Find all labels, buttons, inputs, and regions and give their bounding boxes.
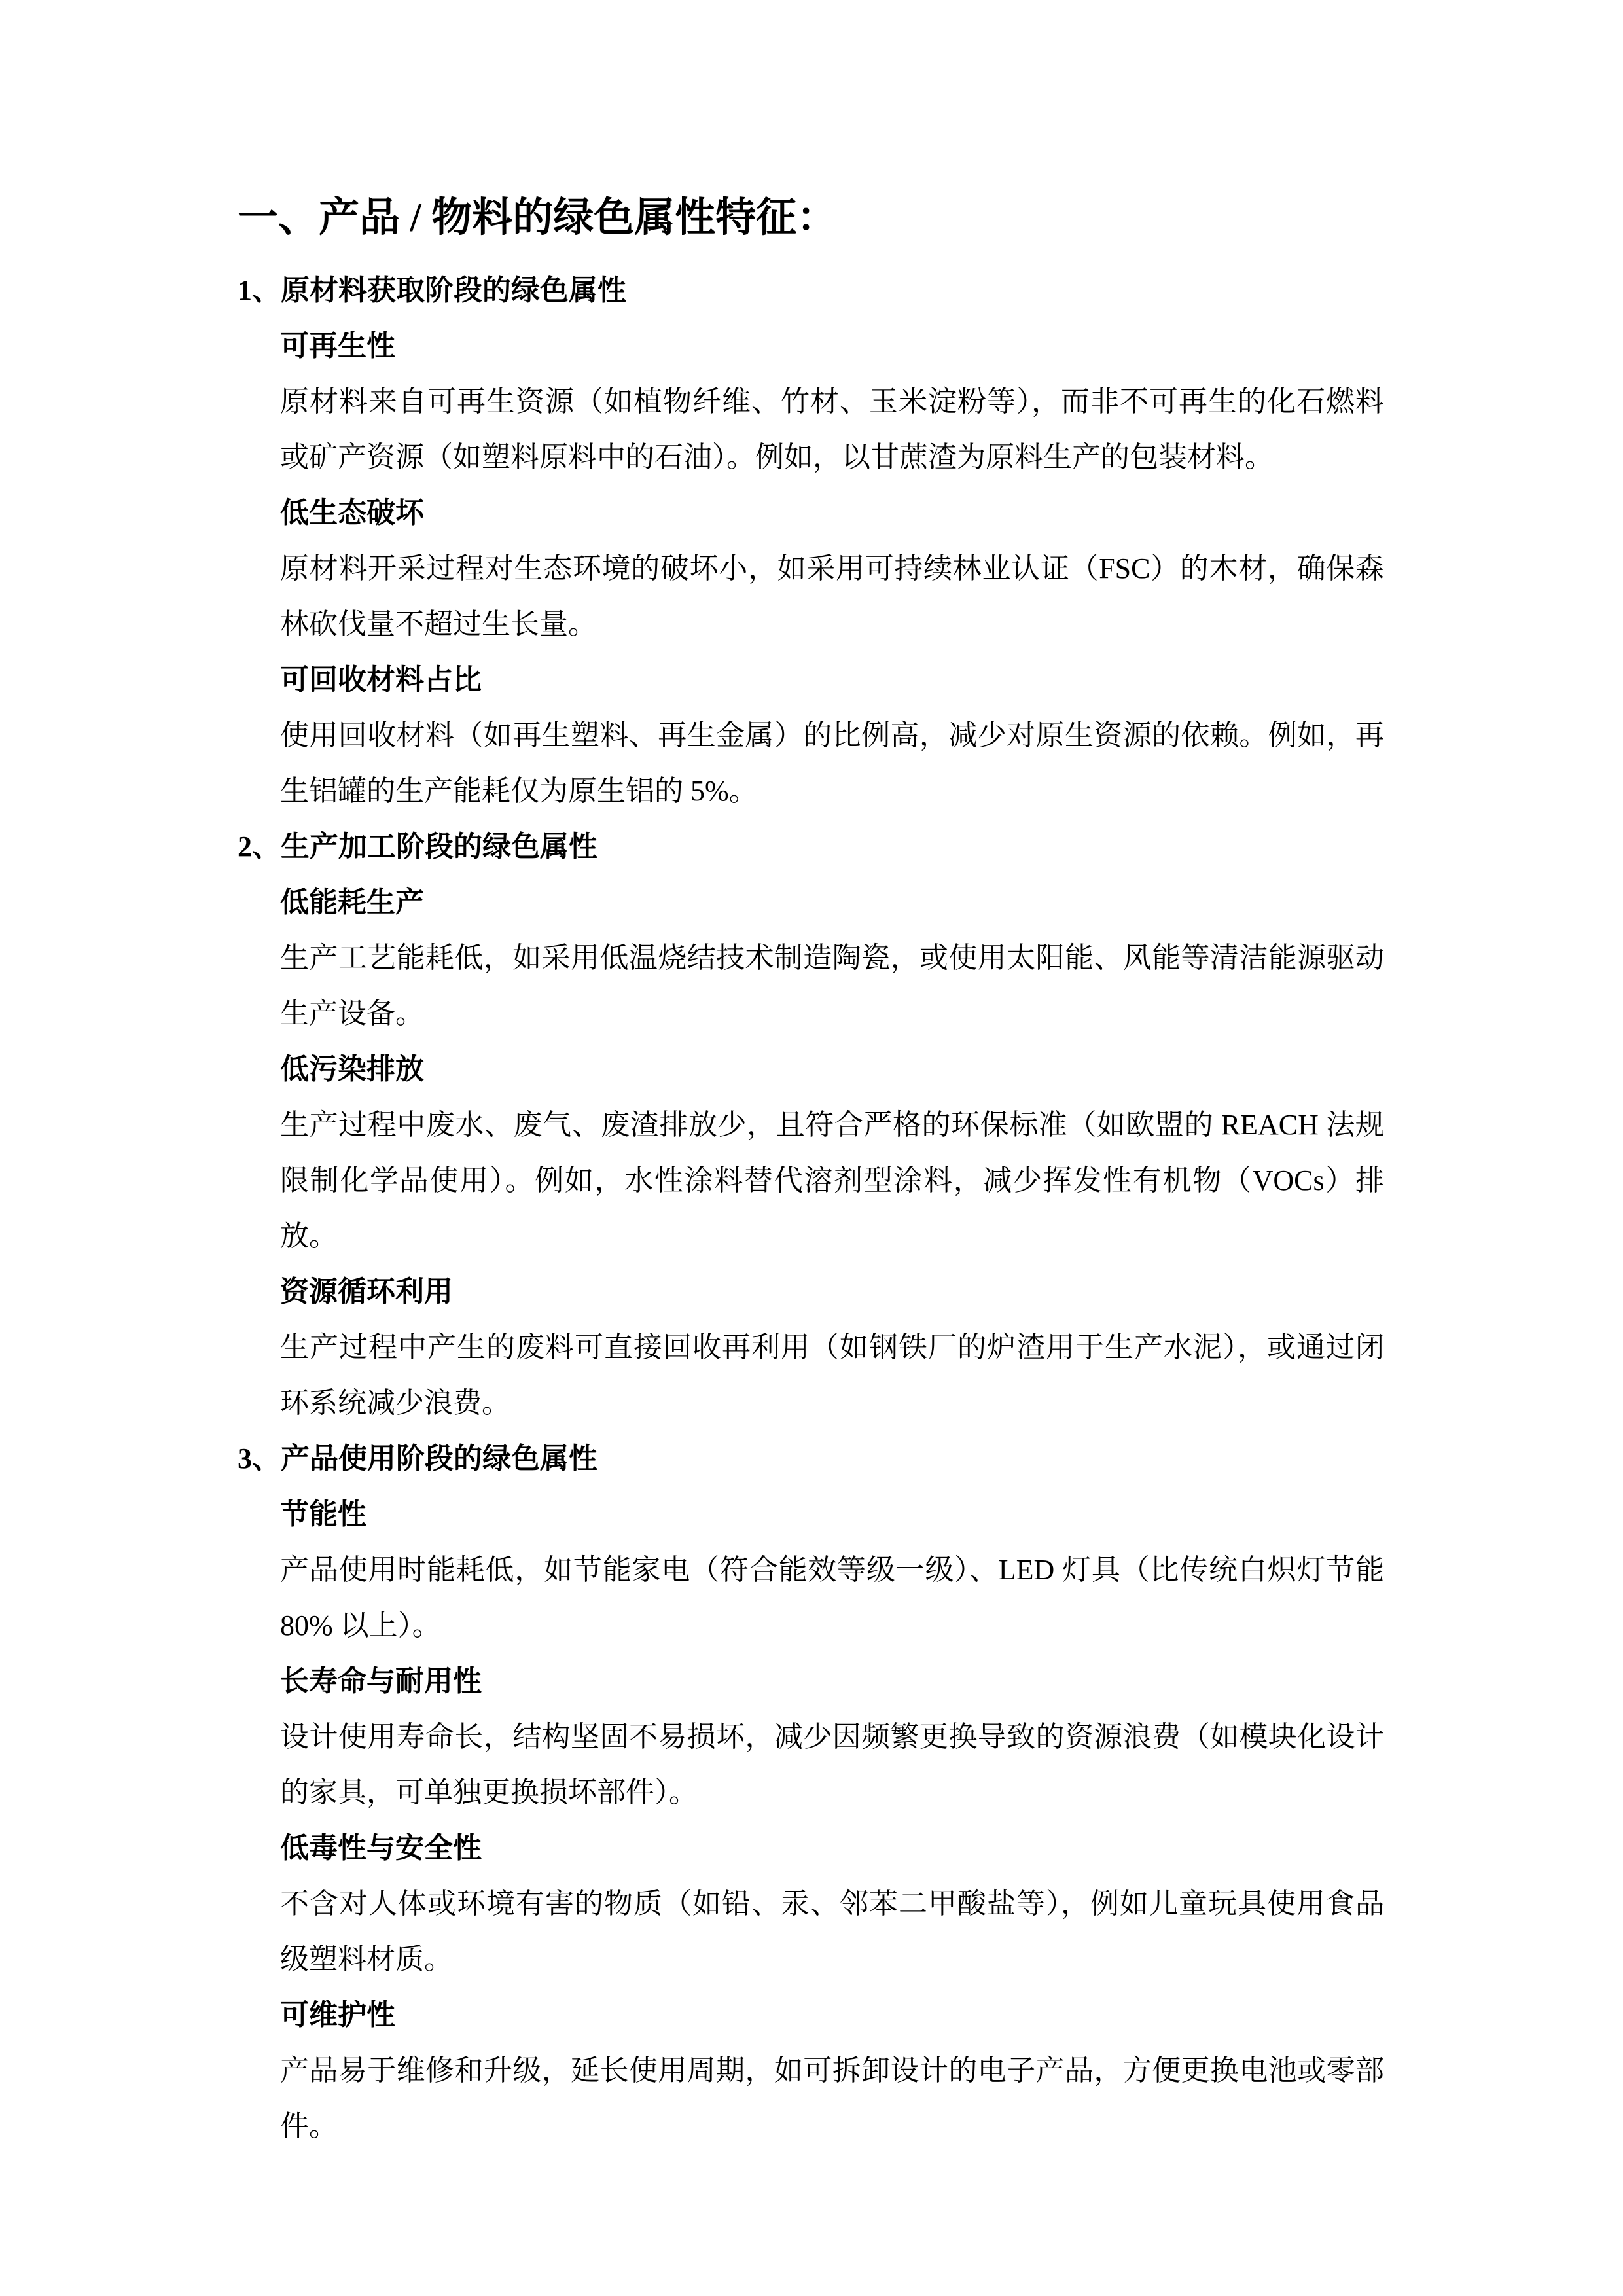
- document-content: 一、产品 / 物料的绿色属性特征： 1、原材料获取阶段的绿色属性 可再生性 原材…: [0, 0, 1384, 2154]
- attribute-block: 可再生性 原材料来自可再生资源（如植物纤维、竹材、玉米淀粉等），而非不可再生的化…: [280, 318, 1384, 819]
- attribute-paragraph: 使用回收材料（如再生塑料、再生金属）的比例高，减少对原生资源的依赖。例如，再生铝…: [280, 708, 1384, 819]
- attribute-paragraph: 设计使用寿命长，结构坚固不易损坏，减少因频繁更换导致的资源浪费（如模块化设计的家…: [280, 1709, 1384, 1820]
- attribute-block: 低能耗生产 生产工艺能耗低，如采用低温烧结技术制造陶瓷，或使用太阳能、风能等清洁…: [280, 874, 1384, 1431]
- attribute-paragraph: 原材料来自可再生资源（如植物纤维、竹材、玉米淀粉等），而非不可再生的化石燃料或矿…: [280, 374, 1384, 485]
- attribute-subheading: 可回收材料占比: [280, 652, 1384, 708]
- attribute-subheading: 低毒性与安全性: [280, 1820, 1384, 1876]
- attribute-paragraph: 生产过程中产生的废料可直接回收再利用（如钢铁厂的炉渣用于生产水泥），或通过闭环系…: [280, 1319, 1384, 1431]
- attribute-subheading: 节能性: [280, 1486, 1384, 1542]
- attribute-subheading: 资源循环利用: [280, 1264, 1384, 1319]
- attribute-paragraph: 原材料开采过程对生态环境的破坏小，如采用可持续林业认证（FSC）的木材，确保森林…: [280, 541, 1384, 652]
- attribute-paragraph: 生产过程中废水、废气、废渣排放少，且符合严格的环保标准（如欧盟的 REACH 法…: [280, 1097, 1384, 1264]
- document-title: 一、产品 / 物料的绿色属性特征：: [238, 185, 1384, 251]
- attribute-subheading: 低生态破坏: [280, 485, 1384, 541]
- section-heading-2: 2、生产加工阶段的绿色属性: [238, 819, 1384, 874]
- section-heading-1: 1、原材料获取阶段的绿色属性: [238, 262, 1384, 318]
- section-heading-3: 3、产品使用阶段的绿色属性: [238, 1431, 1384, 1486]
- attribute-paragraph: 生产工艺能耗低，如采用低温烧结技术制造陶瓷，或使用太阳能、风能等清洁能源驱动生产…: [280, 930, 1384, 1041]
- attribute-subheading: 低污染排放: [280, 1041, 1384, 1097]
- attribute-subheading: 长寿命与耐用性: [280, 1653, 1384, 1709]
- attribute-paragraph: 产品使用时能耗低，如节能家电（符合能效等级一级）、LED 灯具（比传统白炽灯节能…: [280, 1542, 1384, 1653]
- document-page: 一、产品 / 物料的绿色属性特征： 1、原材料获取阶段的绿色属性 可再生性 原材…: [0, 0, 1623, 2296]
- attribute-paragraph: 产品易于维修和升级，延长使用周期，如可拆卸设计的电子产品，方便更换电池或零部件。: [280, 2043, 1384, 2154]
- attribute-subheading: 低能耗生产: [280, 874, 1384, 930]
- attribute-paragraph: 不含对人体或环境有害的物质（如铅、汞、邻苯二甲酸盐等），例如儿童玩具使用食品级塑…: [280, 1876, 1384, 1987]
- attribute-subheading: 可维护性: [280, 1987, 1384, 2043]
- attribute-subheading: 可再生性: [280, 318, 1384, 374]
- attribute-block: 节能性 产品使用时能耗低，如节能家电（符合能效等级一级）、LED 灯具（比传统白…: [280, 1486, 1384, 2154]
